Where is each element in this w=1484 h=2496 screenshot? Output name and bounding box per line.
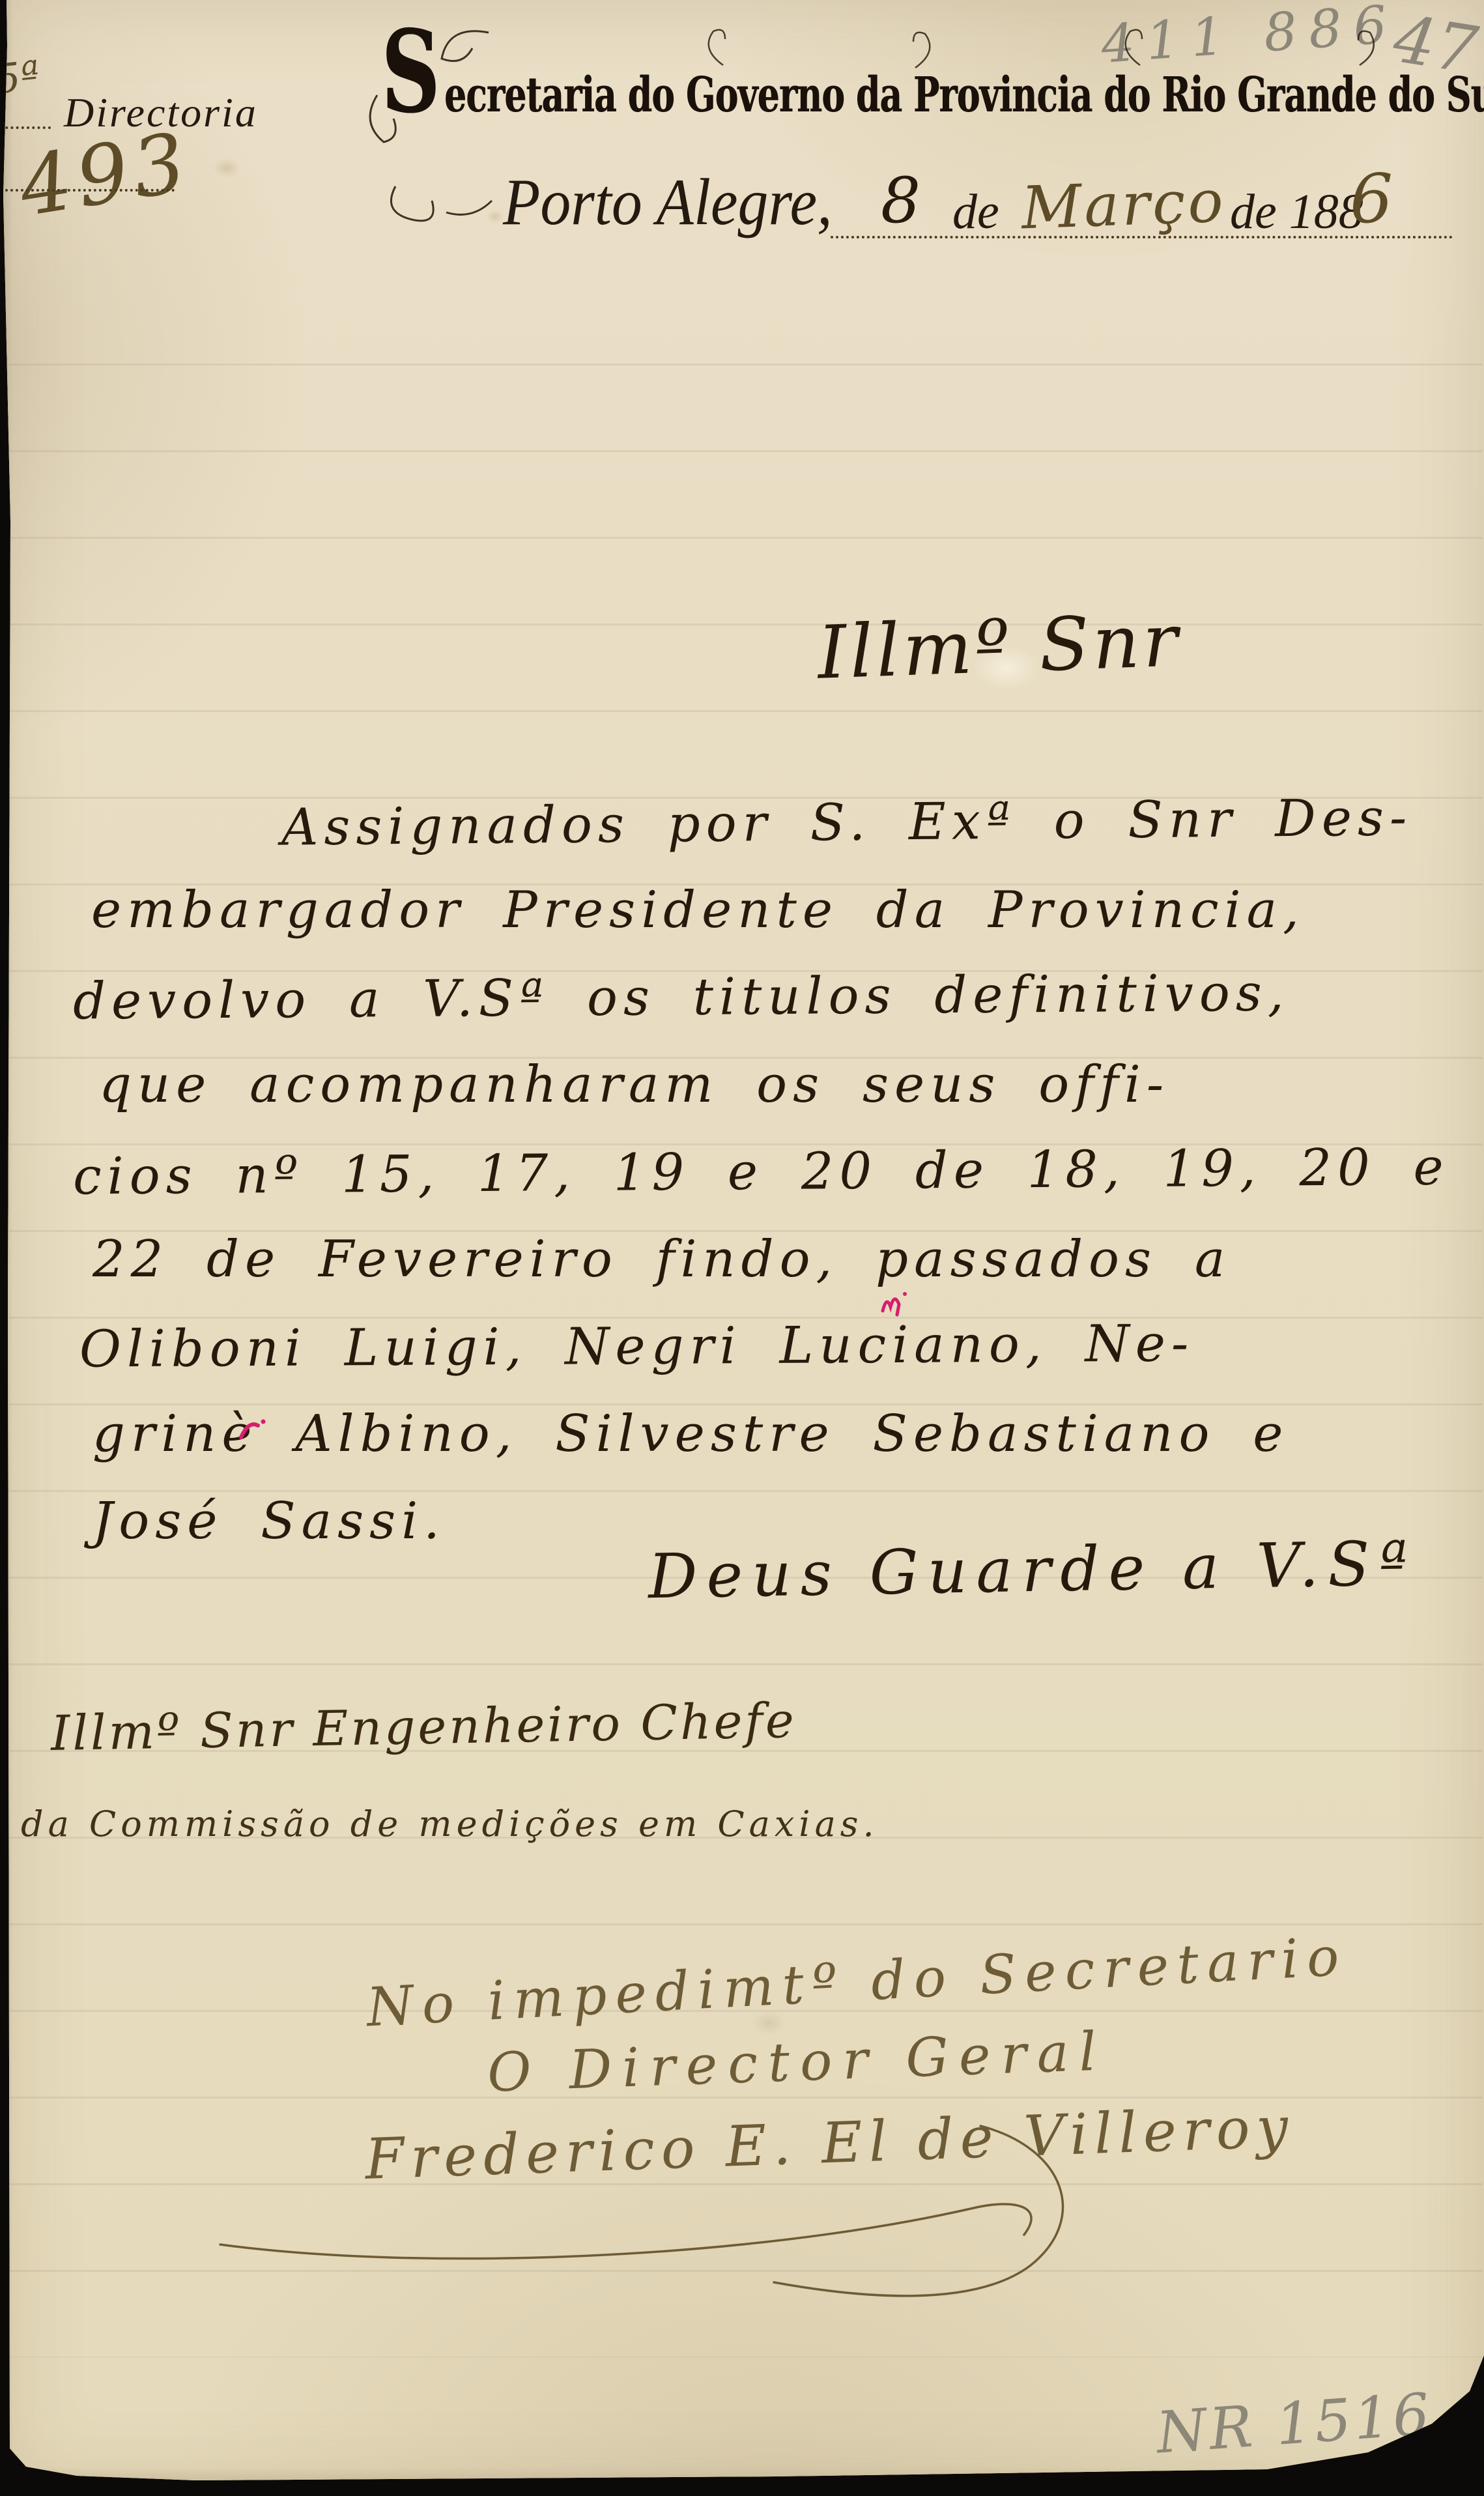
- body-line: devolvo a V.Sª os titulos definitivos,: [73, 964, 1290, 1031]
- flourish-icon: [691, 26, 730, 72]
- dotted-rule-directoria: [0, 126, 51, 129]
- addressee-line2: da Commissão de medições em Caxias.: [21, 1803, 879, 1844]
- dateline-place: Porto Alegre,: [503, 164, 833, 240]
- salutation: Illmº Snr: [816, 598, 1182, 695]
- body-line: embargador Presidente da Provincia,: [91, 881, 1305, 940]
- valediction: Deus Guarde a V.Sª: [648, 1528, 1418, 1613]
- dateline-month-handwritten: Março: [1020, 167, 1227, 243]
- body-line: cios nº 15, 17, 19 e 20 de 18, 19, 20 e: [73, 1138, 1449, 1207]
- dateline-year-digit-handwritten: 6: [1350, 159, 1393, 238]
- protocol-number: 493: [13, 115, 197, 235]
- body-line: 22 de Fevereiro findo, passados a: [93, 1230, 1231, 1289]
- dateline-de-printed: de: [952, 184, 999, 240]
- body-line: José Sassi.: [93, 1492, 446, 1551]
- bottom-archival-annotation: NR 1516: [1154, 2380, 1434, 2466]
- red-correction-mark-icon: [876, 1285, 923, 1320]
- red-correction-mark-icon: [236, 1415, 272, 1445]
- flourish-icon: [1107, 25, 1147, 70]
- dotted-rule-protocol: [0, 189, 175, 192]
- signature-capacity-line: No impedimtº do Secretario: [365, 1926, 1349, 2039]
- flourish-icon: [909, 27, 948, 73]
- body-line: que acompanharam os seus offi-: [99, 1055, 1169, 1114]
- body-line: Assignados por S. Exª o Snr Des-: [281, 788, 1413, 857]
- paper-sheet: 411 886 47 5ª Directoria 493 Secretaria …: [0, 0, 1484, 2496]
- flourish-icon: [1352, 26, 1391, 72]
- dateline-de188-printed: de 188: [1230, 184, 1363, 240]
- scanned-letter-page: 411 886 47 5ª Directoria 493 Secretaria …: [0, 0, 1484, 2496]
- signature-title-line: O Director Geral: [487, 2020, 1108, 2104]
- addressee-line1: Illmº Snr Engenheiro Chefe: [50, 1693, 797, 1762]
- directoria-number-prefix: 5ª: [0, 51, 42, 104]
- body-line: Oliboni Luigi, Negri Luciano, Ne-: [79, 1315, 1195, 1379]
- signature-flourish-icon: [208, 2121, 1160, 2310]
- dateline-day-handwritten: 8: [881, 164, 920, 237]
